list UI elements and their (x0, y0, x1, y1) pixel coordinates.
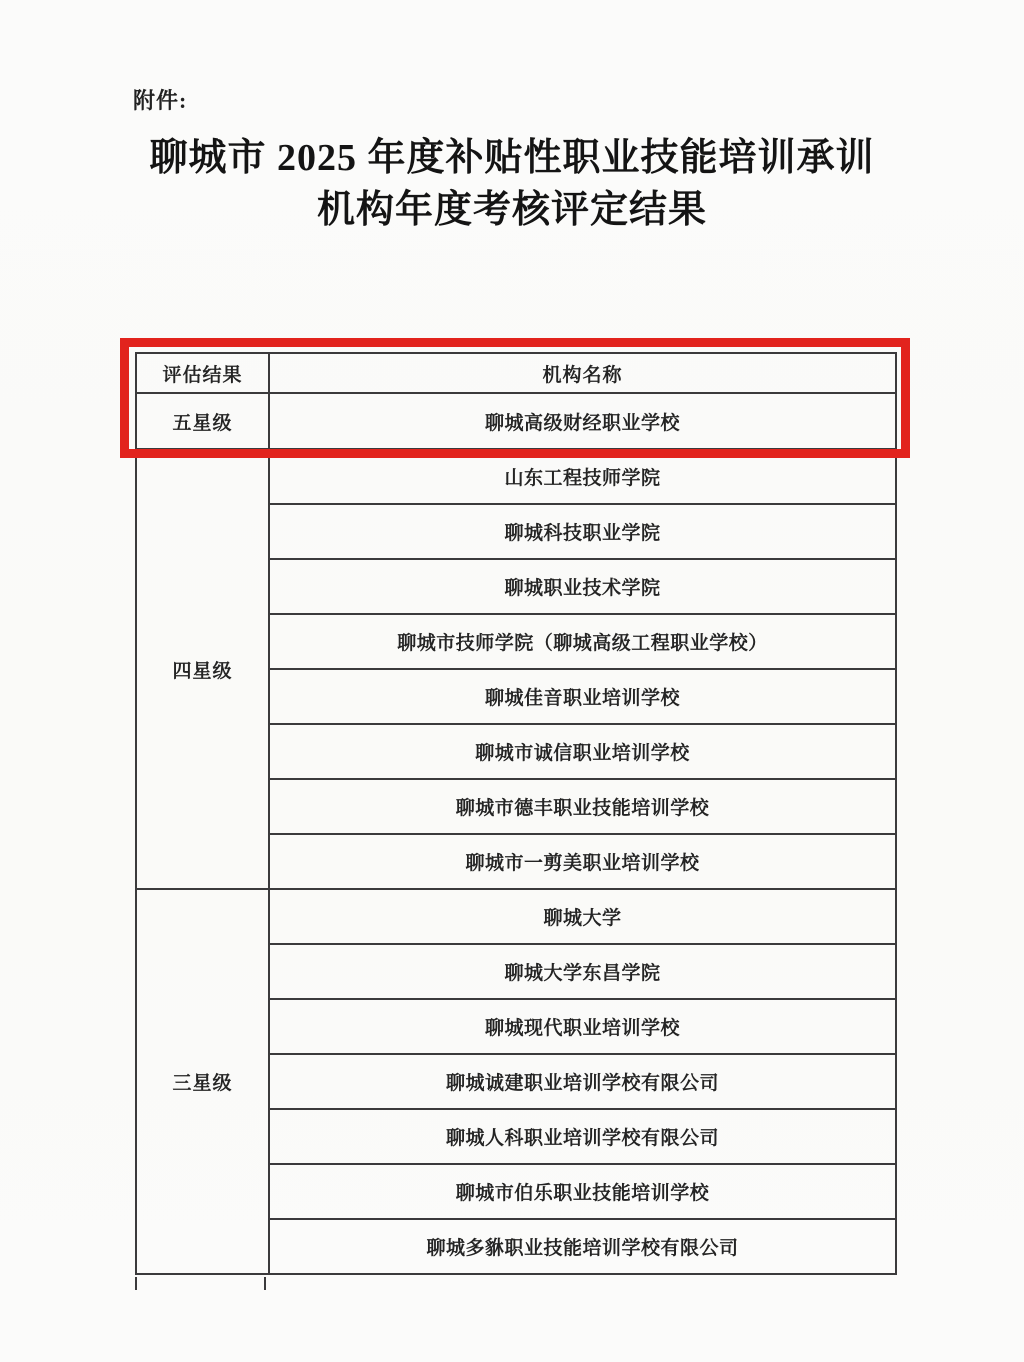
table-row: 五星级聊城高级财经职业学校 (136, 393, 896, 449)
header-cell-institution: 机构名称 (269, 353, 896, 393)
institution-cell: 聊城大学 (269, 889, 896, 944)
rating-cell-5-star: 五星级 (136, 393, 269, 449)
institution-cell: 聊城市诚信职业培训学校 (269, 724, 896, 779)
institution-cell: 聊城多貅职业技能培训学校有限公司 (269, 1219, 896, 1274)
institution-cell: 聊城市伯乐职业技能培训学校 (269, 1164, 896, 1219)
header-cell-rating: 评估结果 (136, 353, 269, 393)
institution-cell: 聊城诚建职业培训学校有限公司 (269, 1054, 896, 1109)
table-row: 四星级山东工程技师学院 (136, 449, 896, 504)
table-border-tail-divider (264, 1277, 266, 1290)
institution-cell: 聊城大学东昌学院 (269, 944, 896, 999)
attachment-label: 附件: (133, 84, 187, 115)
institution-cell: 聊城人科职业培训学校有限公司 (269, 1109, 896, 1164)
institution-cell: 聊城职业技术学院 (269, 559, 896, 614)
table-border-tail-left (135, 1277, 137, 1290)
table-header-row: 评估结果 机构名称 (136, 353, 896, 393)
institution-cell: 聊城佳音职业培训学校 (269, 669, 896, 724)
results-table: 评估结果 机构名称 五星级聊城高级财经职业学校四星级山东工程技师学院聊城科技职业… (135, 352, 897, 1275)
table-row: 三星级聊城大学 (136, 889, 896, 944)
institution-cell: 聊城科技职业学院 (269, 504, 896, 559)
document-page: 附件: 聊城市 2025 年度补贴性职业技能培训承训 机构年度考核评定结果 评估… (0, 0, 1024, 1362)
institution-cell: 聊城市技师学院（聊城高级工程职业学校） (269, 614, 896, 669)
rating-cell-4-star: 四星级 (136, 449, 269, 889)
institution-cell: 聊城市德丰职业技能培训学校 (269, 779, 896, 834)
document-title: 聊城市 2025 年度补贴性职业技能培训承训 机构年度考核评定结果 (0, 132, 1024, 236)
table-body: 五星级聊城高级财经职业学校四星级山东工程技师学院聊城科技职业学院聊城职业技术学院… (136, 393, 896, 1274)
institution-cell: 山东工程技师学院 (269, 449, 896, 504)
institution-cell: 聊城高级财经职业学校 (269, 393, 896, 449)
rating-cell-3-star: 三星级 (136, 889, 269, 1274)
title-line-2: 机构年度考核评定结果 (0, 184, 1024, 236)
institution-cell: 聊城市一剪美职业培训学校 (269, 834, 896, 889)
institution-cell: 聊城现代职业培训学校 (269, 999, 896, 1054)
title-line-1: 聊城市 2025 年度补贴性职业技能培训承训 (0, 132, 1024, 184)
